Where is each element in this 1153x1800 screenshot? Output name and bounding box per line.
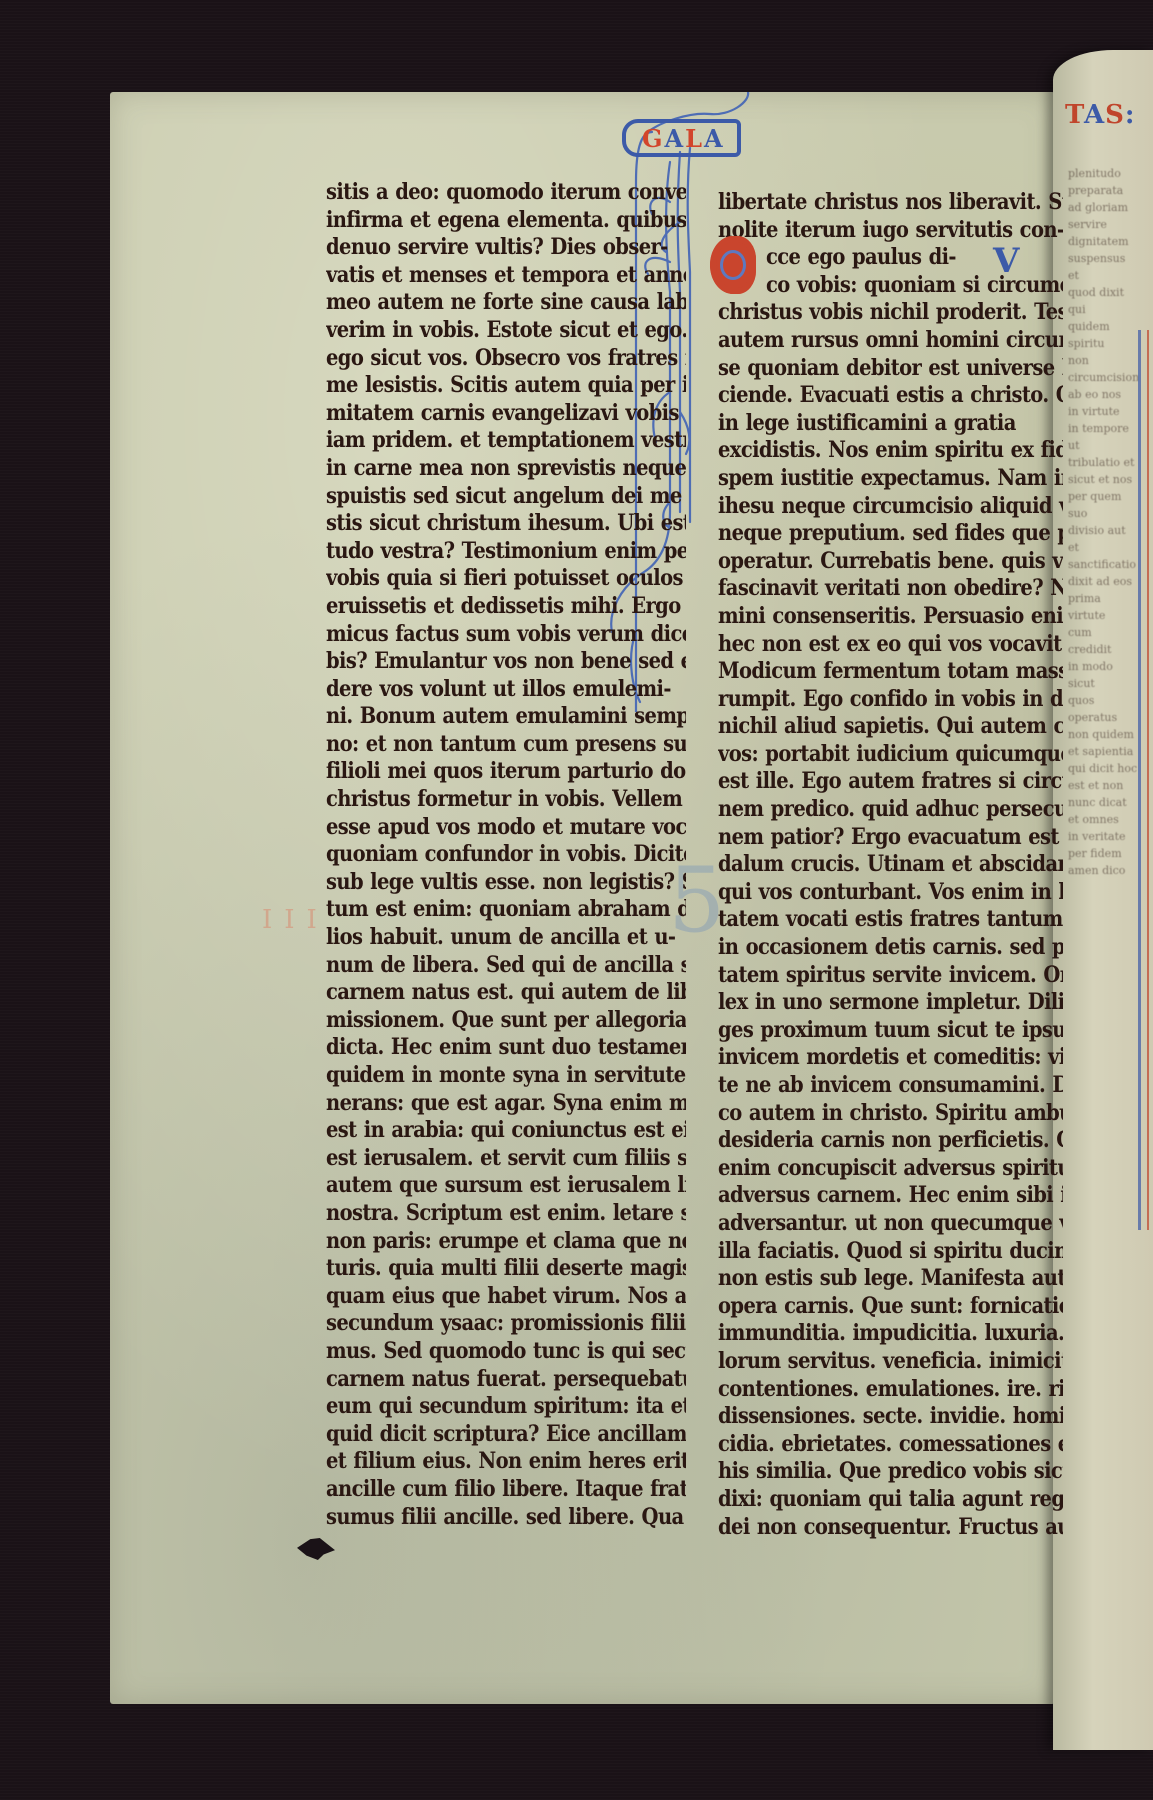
header-letter: T (1065, 100, 1084, 130)
next-page-running-header: TAS: (1065, 100, 1136, 130)
text-line: ancille cum filio libere. Itaque fratres… (326, 1473, 686, 1505)
text-line: lios habuit. unum de ancilla et u- (326, 921, 686, 953)
header-letter: A (665, 124, 686, 153)
margin-note: III (262, 905, 329, 935)
text-line: eruissetis et dedissetis mihi. Ergo ini- (326, 590, 686, 622)
offset-numeral: 5 (668, 848, 725, 953)
text-line: mus. Sed quomodo tunc is qui secundum (326, 1335, 686, 1367)
next-page-text: plenitudo preparata ad gloriam servire d… (1068, 165, 1138, 1395)
text-column-right: libertate christus nos liberavit. State … (718, 190, 1063, 1542)
text-line: adversantur. ut non quecumque vultis (718, 1207, 1063, 1239)
header-letter: A (1084, 100, 1105, 130)
text-line: quidem in monte syna in servitutem ge- (326, 1059, 686, 1091)
text-line: te ne ab invicem consumamini. Di- (718, 1069, 1063, 1101)
text-line: lorum servitus. veneficia. inimicitie (718, 1345, 1063, 1377)
text-line: sitis a deo: quomodo iterum convertimini… (326, 176, 686, 208)
next-page-border-ornament (1138, 330, 1149, 1230)
decorated-initial (710, 236, 756, 294)
text-line: libertate christus nos liberavit. State … (718, 186, 1063, 218)
text-line: verim in vobis. Estote sicut et ego. qui… (326, 314, 686, 346)
text-line: mini consenseritis. Persuasio enim (718, 600, 1063, 632)
text-column-left: sitis a deo: quomodo iterum convertimini… (326, 180, 686, 1532)
text-line: in occasionem detis carnis. sed per cari… (718, 931, 1063, 963)
header-letter: S (1105, 100, 1125, 130)
text-line: sumus filii ancille. sed libere. Qua (326, 1500, 686, 1532)
text-line: dei non consequentur. Fructus autem spir… (718, 1510, 1063, 1542)
header-letter: A (704, 124, 725, 153)
header-letter: L (685, 124, 704, 153)
header-letter: : (1125, 100, 1136, 130)
text-line: autem rursus omni homini circumcidenti (718, 324, 1063, 356)
text-line: spem iustitie expectamus. Nam in christo (718, 462, 1063, 494)
text-line: in carne mea non sprevistis neque re- (326, 452, 686, 484)
initial-swirl-icon (720, 250, 746, 280)
text-line: nostra. Scriptum est enim. letare steril… (326, 1197, 686, 1229)
chapter-marker: V (993, 241, 1019, 281)
header-letter: G (642, 124, 665, 153)
text-line: dixi: quoniam qui talia agunt regnum (718, 1483, 1063, 1515)
running-header: G A L A (622, 119, 741, 157)
